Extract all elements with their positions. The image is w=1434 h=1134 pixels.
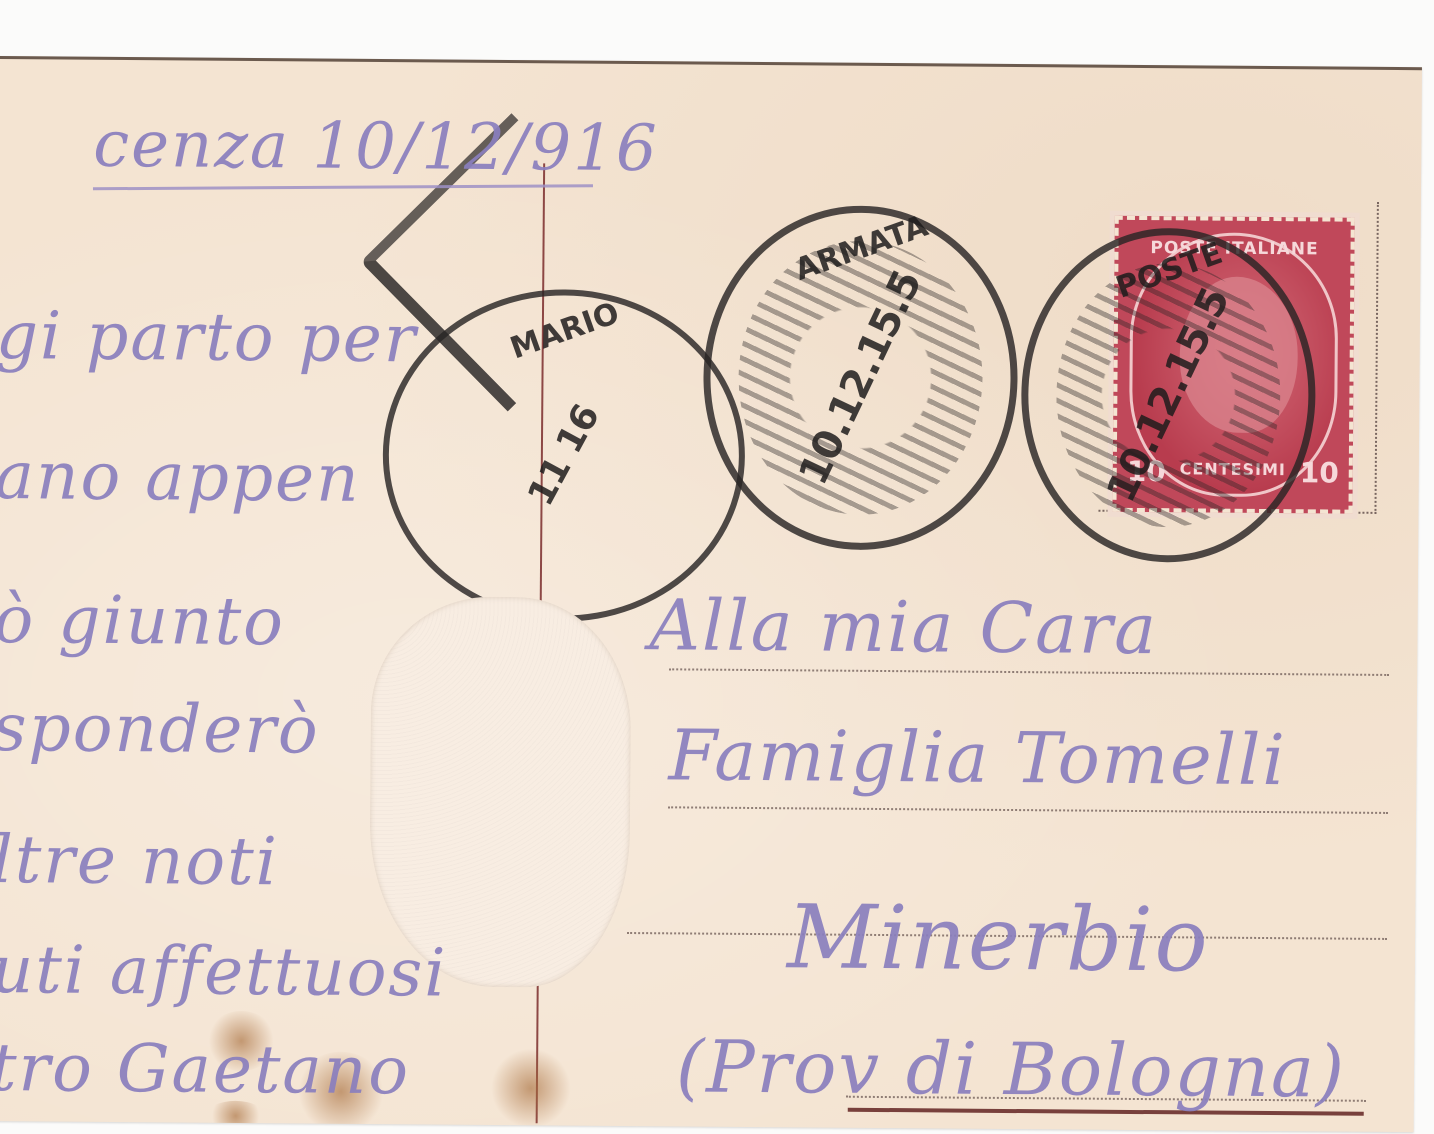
- postcard: POSTE ITALIANE CENTESIMI 10 10 MARIO 11 …: [0, 56, 1422, 1132]
- message-line-2: ano appen: [0, 437, 361, 517]
- address-line-2: [668, 806, 1388, 814]
- message-line-7: tro Gaetano: [0, 1029, 410, 1109]
- address-line-1: [669, 668, 1389, 676]
- message-line-6: uti affettuosi: [0, 931, 448, 1012]
- postmark-arrival: MARIO 11 16: [382, 288, 747, 623]
- message-line-3: ò giunto: [0, 581, 285, 660]
- message-line-4: sponderò: [0, 689, 320, 769]
- address-line-recipient-name: Famiglia Tomelli: [668, 714, 1287, 801]
- address-line-province: (Prov di Bologna): [676, 1024, 1347, 1113]
- message-dateline: cenza 10/12/916: [93, 108, 659, 186]
- postmark-center: ARMATA 10.12.15.5: [702, 205, 1019, 551]
- message-line-5: ltre noti: [0, 821, 279, 900]
- stain: [491, 1048, 572, 1129]
- message-line-1: gi parto per: [0, 297, 418, 377]
- address-line-town: Minerbio: [787, 885, 1210, 991]
- postmark-stamp: POSTE 10.12.15.5: [1020, 227, 1317, 563]
- stamp-value-right: 10: [1300, 456, 1339, 489]
- address-line-recipient-greeting: Alla mia Cara: [649, 584, 1158, 670]
- torn-paper-patch: [369, 596, 632, 988]
